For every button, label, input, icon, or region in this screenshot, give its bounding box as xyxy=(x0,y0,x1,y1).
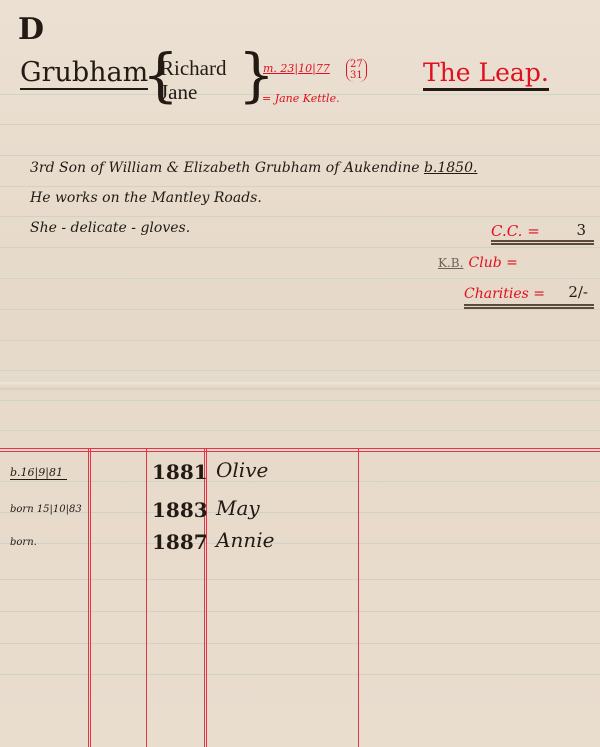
wife-maiden-name: = Jane Kettle. xyxy=(262,92,340,105)
ruling-line xyxy=(0,370,600,371)
ruling-line xyxy=(0,400,600,401)
column-rule xyxy=(204,448,207,747)
ruling-line xyxy=(0,430,600,431)
cc-entry: C.C. = 3 xyxy=(491,221,594,245)
kb-club-entry: K.B. Club = xyxy=(438,252,518,271)
ruling-line xyxy=(0,278,600,279)
page-fold xyxy=(0,382,600,390)
surname: Grubham xyxy=(20,58,148,90)
child-note: b.16|9|81 xyxy=(10,466,67,480)
ages-at-marriage: 27 31 xyxy=(346,58,367,82)
ruling-line xyxy=(0,216,600,217)
charities-entry: Charities = 2/- xyxy=(464,283,594,309)
note-line-3: She - delicate - gloves. xyxy=(30,220,190,236)
note-line-2: He works on the Mantley Roads. xyxy=(30,190,262,206)
column-rule xyxy=(146,448,147,747)
note-line-1: 3rd Son of William & Elizabeth Grubham o… xyxy=(30,160,477,176)
ruling-line xyxy=(0,155,600,156)
ruling-line xyxy=(0,247,600,248)
ruling-line xyxy=(0,309,600,310)
child-name: Annie xyxy=(216,528,274,552)
wife-name: Jane xyxy=(160,80,197,105)
child-name: May xyxy=(216,496,260,520)
column-rule xyxy=(88,448,91,747)
ruling-line xyxy=(0,124,600,125)
child-year: 1881 xyxy=(152,460,208,484)
child-name: Olive xyxy=(216,458,268,482)
ruling-line xyxy=(0,186,600,187)
marriage-date: m. 23|10|77 xyxy=(263,62,330,75)
ruling-line xyxy=(0,340,600,341)
address: The Leap. xyxy=(423,58,549,91)
birth-year: b.1850. xyxy=(424,160,478,176)
child-year: 1883 xyxy=(152,498,208,522)
husband-name: Richard xyxy=(160,56,226,81)
ledger-page: D Grubham { Richard Jane } m. 23|10|77 2… xyxy=(0,0,600,747)
child-note: born. xyxy=(10,537,37,548)
column-rule xyxy=(358,448,359,747)
child-note: born 15|10|83 xyxy=(10,504,82,515)
child-year: 1887 xyxy=(152,530,208,554)
index-letter: D xyxy=(18,12,44,47)
